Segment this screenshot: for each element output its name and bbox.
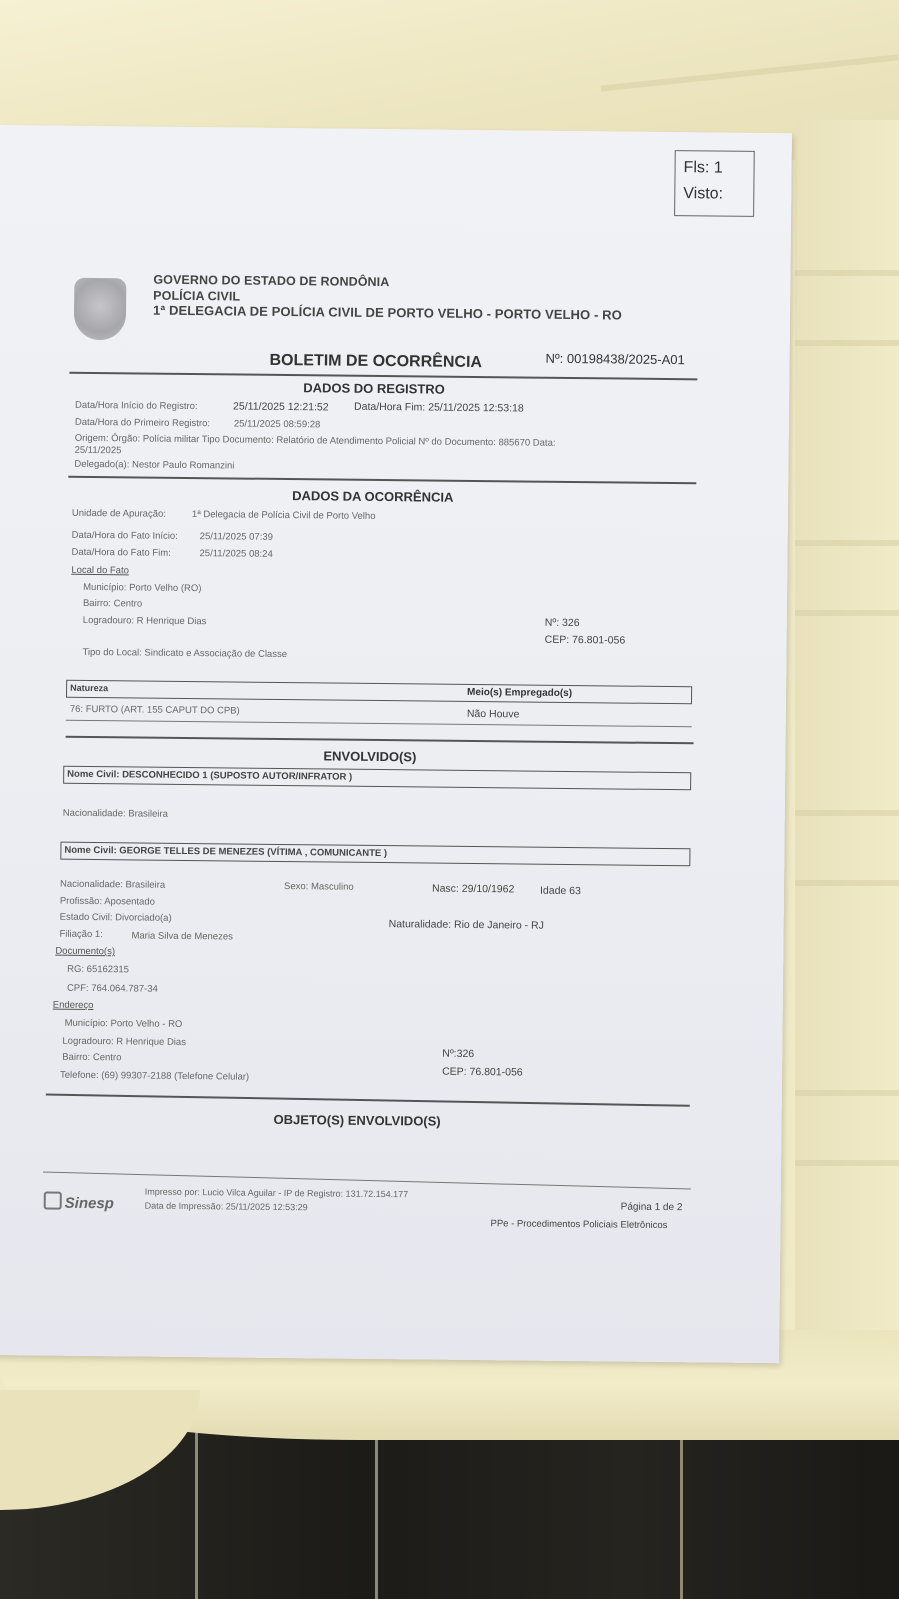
natureza-table-header: Natureza Meio(s) Empregado(s) [66,680,692,705]
meio-header: Meio(s) Empregado(s) [467,687,572,699]
local-cep: CEP: 76.801-056 [545,634,626,647]
person2-naturalidade: Naturalidade: Rio de Janeiro - RJ [389,918,544,932]
background-slat [795,880,899,886]
section-title-envolvidos: ENVOLVIDO(S) [323,748,416,764]
document-title: BOLETIM DE OCORRÊNCIA [269,352,482,372]
person2-bairro: Bairro: Centro [62,1052,121,1064]
section-title-ocorrencia: DADOS DA OCORRÊNCIA [292,488,453,505]
person2-name-box: Nome Civil: GEORGE TELLES DE MENEZES (VÍ… [60,842,690,867]
person2-profissao: Profissão: Aposentado [60,896,155,908]
background-slat [795,610,899,616]
sinesp-logo-text: Sinesp [65,1195,114,1213]
sinesp-logo-icon [44,1192,62,1210]
person1-name: Nome Civil: DESCONHECIDO 1 (SUPOSTO AUTO… [67,769,352,783]
footer-pagina: Página 1 de 2 [621,1202,683,1214]
footer-divider [43,1172,691,1190]
fls-box: Fls: 1 Visto: [674,150,755,217]
footer-sistema: PPe - Procedimentos Policiais Eletrônico… [490,1218,667,1231]
background-chair-leg [375,1430,378,1599]
registro-primeiro-label: Data/Hora do Primeiro Registro: [75,417,210,429]
person1-nacionalidade: Nacionalidade: Brasileira [63,808,168,820]
local-municipio: Município: Porto Velho (RO) [83,582,201,594]
fato-inicio-value: 25/11/2025 07:39 [200,531,273,543]
footer-data-impressao: Data de Impressão: 25/11/2025 12:53:29 [145,1201,308,1213]
tipo-local: Tipo do Local: Sindicato e Associação de… [82,647,287,660]
fato-inicio-label: Data/Hora do Fato Início: [72,530,178,542]
person2-nasc: Nasc: 29/10/1962 [432,883,514,896]
divider [66,720,692,728]
local-logradouro: Logradouro: R Henrique Dias [83,615,207,627]
divider [66,736,694,745]
fato-fim-label: Data/Hora do Fato Fim: [71,547,170,559]
document-page: Fls: 1 Visto: GOVERNO DO ESTADO DE RONDÔ… [0,125,792,1363]
divider [69,372,697,381]
local-bairro: Bairro: Centro [83,598,142,610]
local-numero: Nº: 326 [545,617,580,629]
visto-label: Visto: [683,181,753,208]
person2-cep: CEP: 76.801-056 [442,1066,523,1079]
divider [68,476,696,485]
person2-name: Nome Civil: GEORGE TELLES DE MENEZES (VÍ… [64,845,387,859]
person2-cpf: CPF: 764.064.787-34 [67,983,158,995]
person2-filiacao-value: Maria Silva de Menezes [131,930,233,942]
meio-value: Não Houve [467,708,520,721]
documentos-title: Documento(s) [55,946,115,958]
unidade-label: Unidade de Apuração: [72,508,166,520]
natureza-value: 76: FURTO (ART. 155 CAPUT DO CPB) [70,704,240,717]
police-badge-icon [74,278,127,341]
registro-origem: Origem: Órgão: Polícia militar Tipo Docu… [75,433,556,449]
background-slat [795,540,899,546]
registro-inicio-label: Data/Hora Início do Registro: [75,400,198,412]
registro-fim: Data/Hora Fim: 25/11/2025 12:53:18 [354,401,524,415]
person2-nacionalidade: Nacionalidade: Brasileira [60,879,165,891]
person2-rg: RG: 65162315 [67,964,129,976]
fato-fim-value: 25/11/2025 08:24 [199,548,272,560]
sinesp-logo: Sinesp [44,1192,114,1213]
person2-municipio: Município: Porto Velho - RO [65,1018,183,1030]
unidade-value: 1ª Delegacia de Polícia Civil de Porto V… [192,509,376,522]
background-slat [795,270,899,276]
person2-sexo: Sexo: Masculino [284,881,354,893]
person2-numero: Nº:326 [442,1048,474,1060]
registro-primeiro-value: 25/11/2025 08:59:28 [234,418,321,430]
person2-telefone: Telefone: (69) 99307-2188 (Telefone Celu… [60,1070,249,1083]
registro-inicio-value: 25/11/2025 12:21:52 [233,400,329,413]
person2-idade: Idade 63 [540,885,581,897]
document-number: Nº: 00198438/2025-A01 [546,351,685,367]
local-title: Local do Fato [71,565,129,577]
natureza-header: Natureza [70,683,108,693]
registro-origem-data: 25/11/2025 [75,445,122,456]
header-government: GOVERNO DO ESTADO DE RONDÔNIA [153,273,389,289]
person2-logradouro: Logradouro: R Henrique Dias [62,1036,186,1048]
divider [46,1094,690,1107]
background-slat [795,1090,899,1096]
background-chair-right [795,120,899,1380]
footer-impresso: Impresso por: Lucio Vilca Aguilar - IP d… [145,1187,408,1200]
endereco-title: Endereço [53,1000,94,1011]
section-title-registro: DADOS DO REGISTRO [303,380,445,396]
background-slat [795,810,899,816]
registro-delegado: Delegado(a): Nestor Paulo Romanzini [74,459,234,472]
header-delegacia: 1ª DELEGACIA DE POLÍCIA CIVIL DE PORTO V… [153,303,622,323]
person2-estado-civil: Estado Civil: Divorciado(a) [60,912,172,924]
header-police: POLÍCIA CIVIL [153,289,240,304]
background-slat [795,1160,899,1166]
background-slat [795,340,899,346]
background-chair-leg [680,1430,683,1599]
section-title-objetos: OBJETO(S) ENVOLVIDO(S) [274,1112,441,1129]
person2-filiacao-label: Filiação 1: [59,929,102,940]
person1-name-box: Nome Civil: DESCONHECIDO 1 (SUPOSTO AUTO… [63,766,691,791]
background-chair-leg [195,1430,198,1599]
fls-label: Fls: 1 [683,155,753,182]
